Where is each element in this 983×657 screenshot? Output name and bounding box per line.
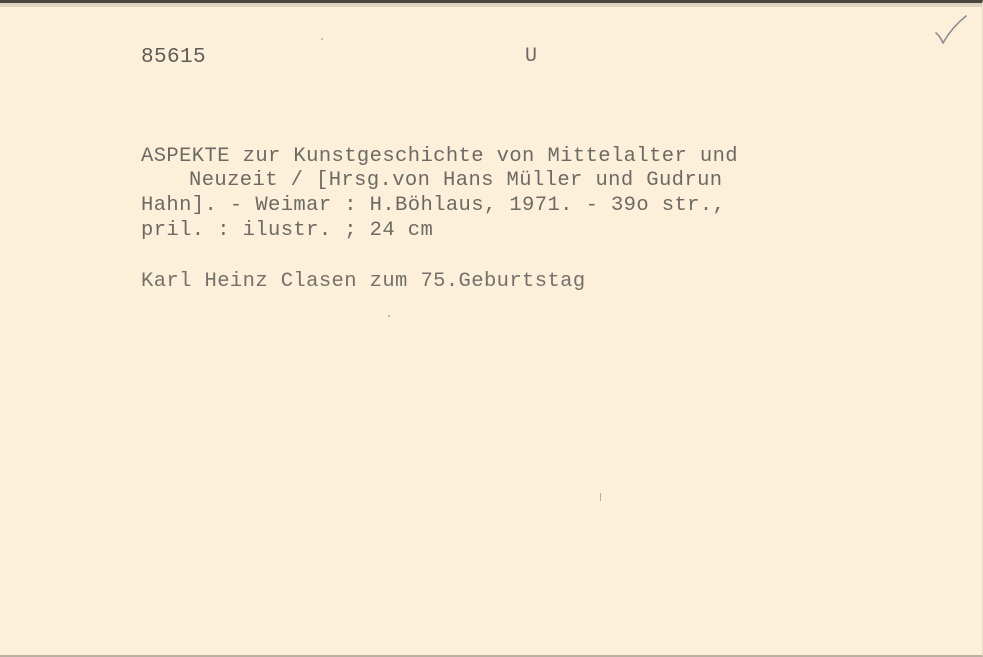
catalog-card: 85615 U ASPEKTE zur Kunstgeschichte von … xyxy=(0,0,983,657)
location-code: U xyxy=(525,47,537,67)
paper-speck xyxy=(321,38,323,40)
title-line-2: Neuzeit / [Hrsg.von Hans Müller und Gudr… xyxy=(189,171,722,192)
card-top-edge xyxy=(0,3,982,7)
title-line-4: pril. : ilustr. ; 24 cm xyxy=(141,221,433,242)
checkmark-icon xyxy=(930,13,970,47)
title-line-3: Hahn]. - Weimar : H.Böhlaus, 1971. - 39o… xyxy=(141,196,725,217)
paper-speck xyxy=(388,315,390,317)
paper-speck xyxy=(600,493,601,501)
call-number: 85615 xyxy=(141,47,206,68)
title-line-1: ASPEKTE zur Kunstgeschichte von Mittelal… xyxy=(141,147,738,168)
dedication-note: Karl Heinz Clasen zum 75.Geburtstag xyxy=(141,272,586,293)
